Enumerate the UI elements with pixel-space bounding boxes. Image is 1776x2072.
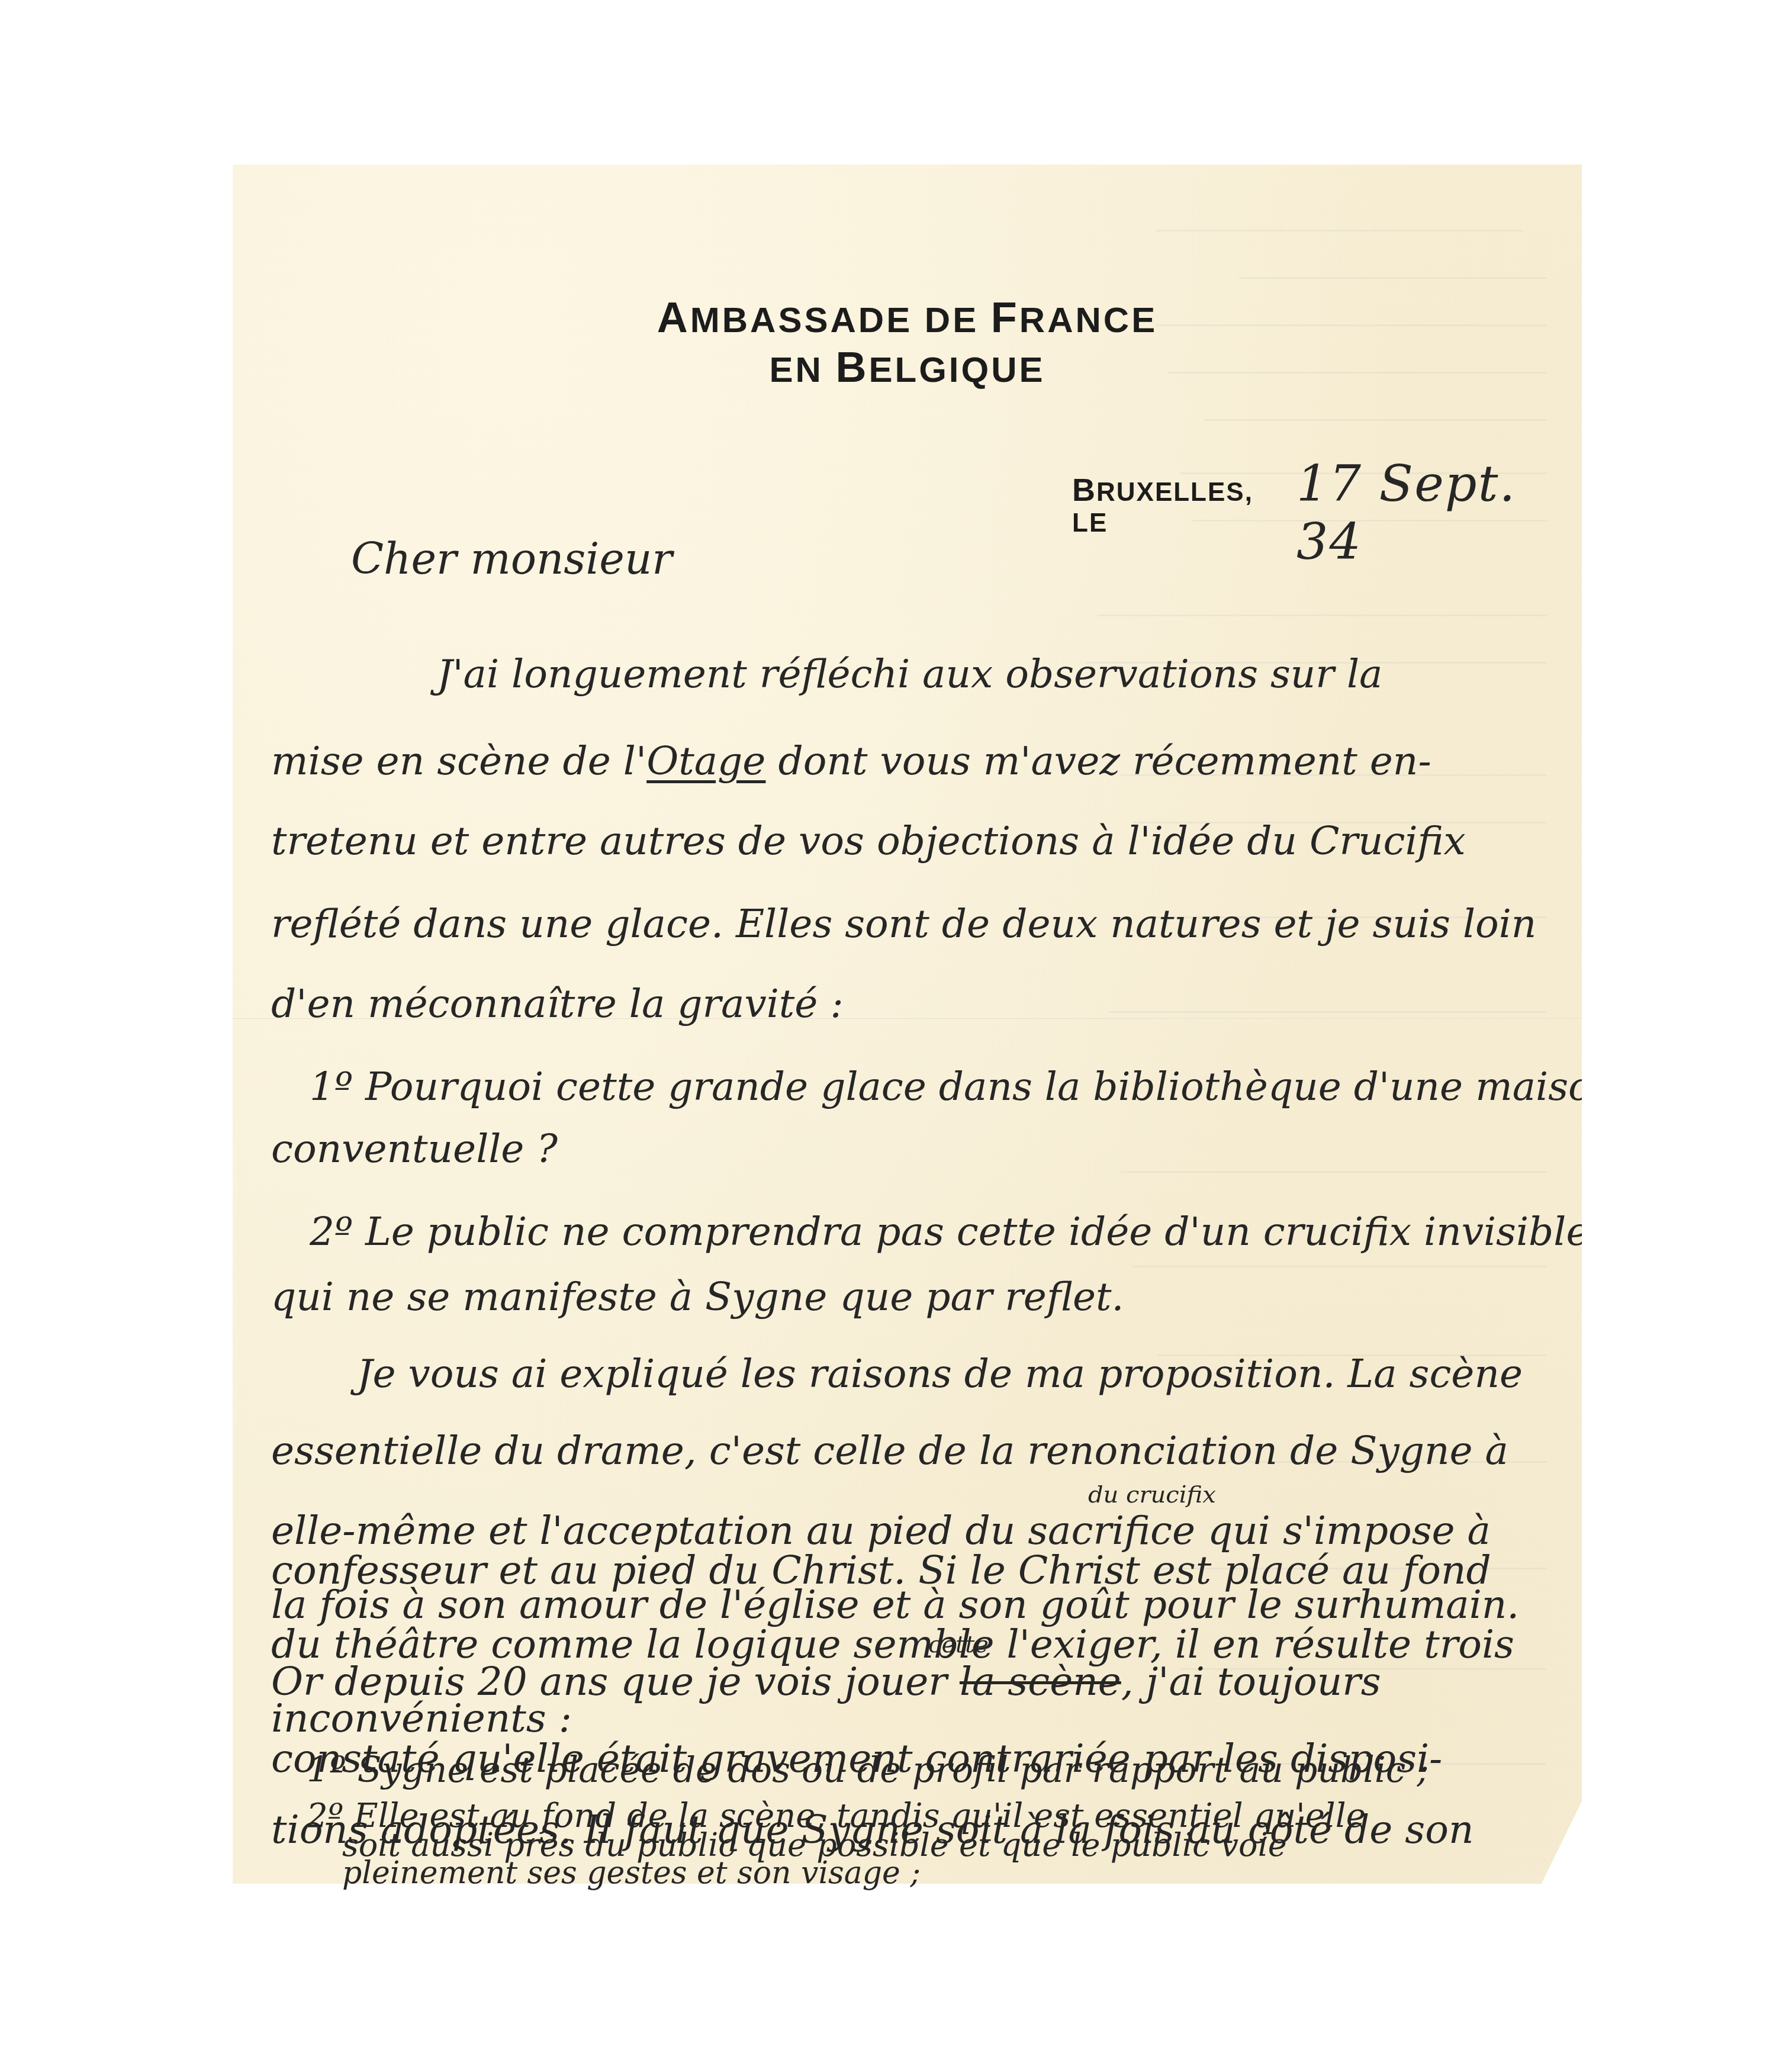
letterhead-line-1: AMBASSADE DE FRANCE [233,294,1582,342]
letter-line: 2º Le public ne comprendra pas cette idé… [310,1212,1582,1251]
letter-line: elle-même et l'acceptation au pied du sa… [271,1511,1491,1550]
letterhead-text: RANCE [1019,300,1157,340]
letterhead-text: ELGIQUE [869,350,1045,390]
letter-line: Je vous ai expliqué les raisons de ma pr… [357,1354,1523,1394]
letter-line: reflété dans une glace. Elles sont de de… [271,905,1536,944]
letterhead-text: EN [769,350,835,390]
letterhead-text: MBASSADE DE [690,300,991,340]
letter-line: 1º Pourquoi cette grande glace dans la b… [310,1067,1582,1106]
letter-line: pleinement ses gestes et son visage ; [342,1858,921,1888]
letter-line: qui ne se manifeste à Sygne que par refl… [271,1278,1124,1317]
salutation: Cher monsieur [351,538,673,580]
date-handwritten: 17 Sept. 34 [1296,455,1582,571]
letterhead-line-2: EN BELGIQUE [233,343,1582,392]
interlinear-insertion: du crucifix [1088,1483,1216,1507]
letter-line: du théâtre comme la logique semble l'exi… [271,1625,1514,1664]
letter-line: J'ai longuement réfléchi aux observation… [437,655,1382,694]
dateline: BRUXELLES, LE 17 Sept. 34 [1072,455,1582,571]
letterhead-initial: F [991,294,1019,342]
place-printed: BRUXELLES, LE [1072,472,1285,538]
letter-line: confesseur et au pied du Christ. Si le C… [271,1551,1491,1590]
letter-line: essentielle du drame, c'est celle de la … [271,1431,1508,1471]
play-title-otage: Otage [646,738,765,784]
letter-line: mise en scène de l'Otage dont vous m'ave… [271,742,1431,781]
letter-line: 1º Sygne est placée de dos ou de profil … [307,1752,1429,1788]
letter-line: inconvénients : [271,1699,572,1738]
letterhead-initial: B [836,344,869,391]
letter-line: conventuelle ? [271,1130,558,1169]
letterhead-initial: A [657,294,690,342]
letter-line: d'en méconnaître la gravité : [271,984,844,1024]
letter-line: tretenu et entre autres de vos objection… [271,822,1466,861]
